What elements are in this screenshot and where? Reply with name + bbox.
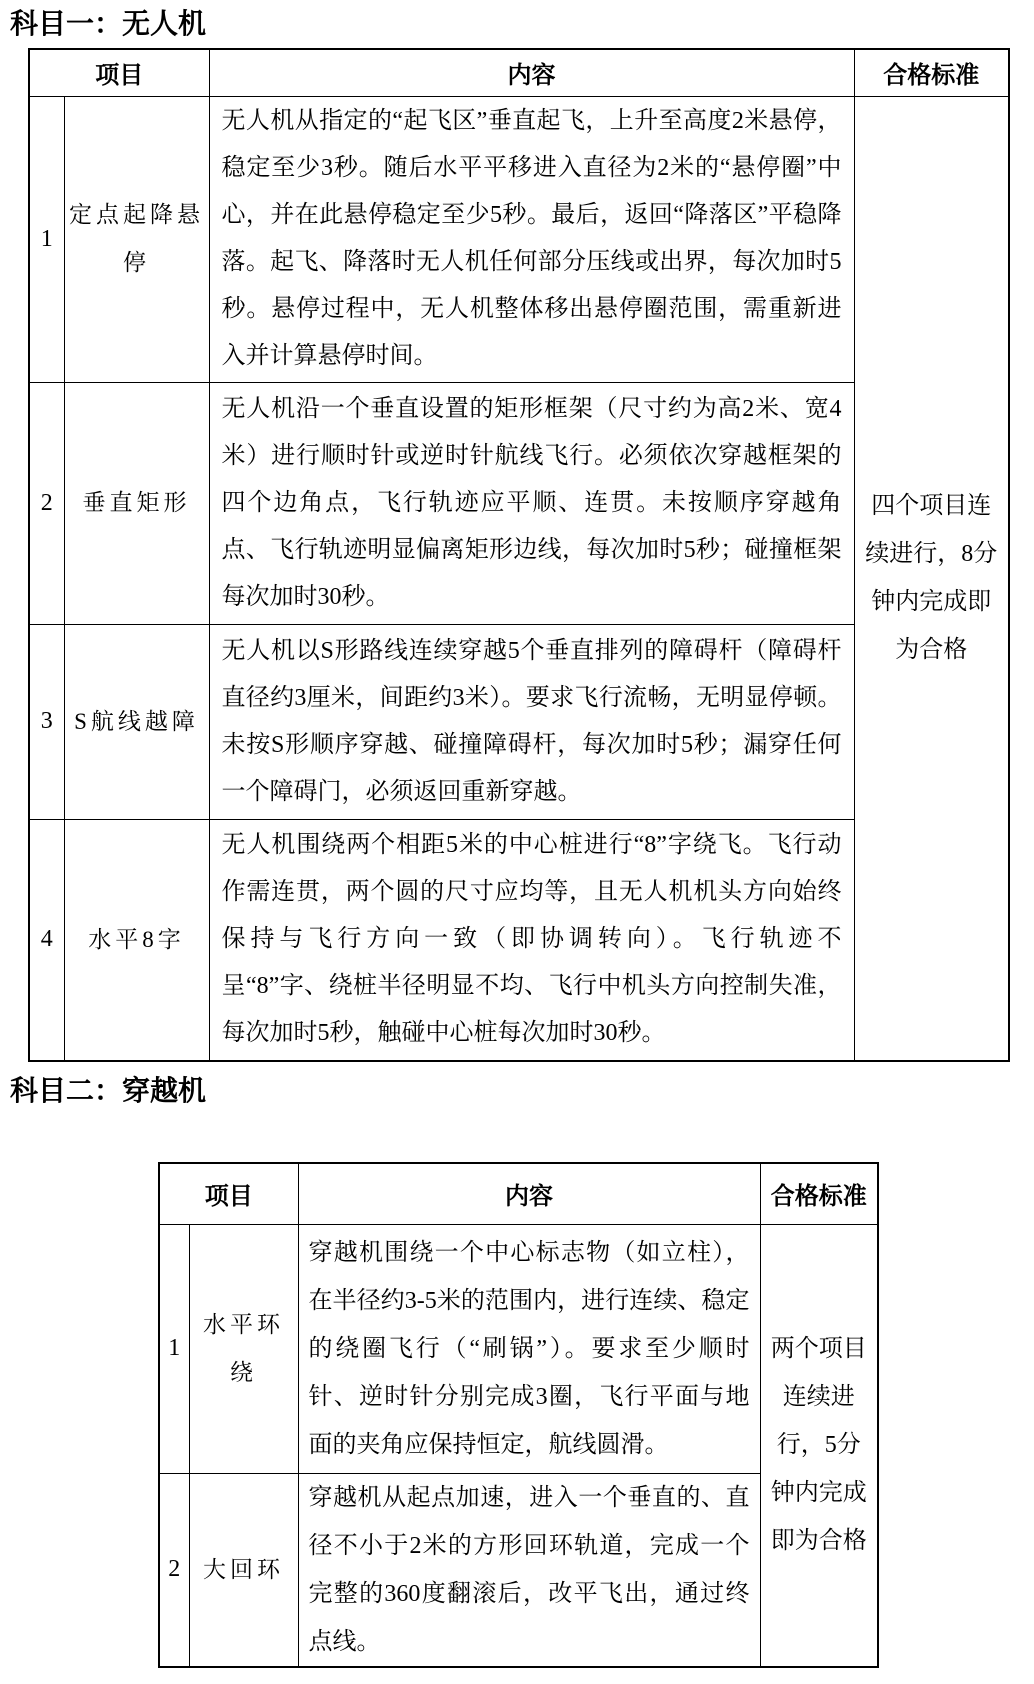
table1-header-project: 项目 <box>29 49 209 96</box>
table1-header-standard: 合格标准 <box>854 49 1009 96</box>
table2-row-2-number: 2 <box>159 1473 189 1667</box>
table1-row-3-number: 3 <box>29 624 64 819</box>
document-page: 科目一：无人机 项目 内容 合格标准 1 定点起降悬停 无人机从指定的“起飞区”… <box>0 0 1034 1668</box>
table2-header-content: 内容 <box>298 1163 760 1224</box>
table1-row-4-project: 水平8字 <box>64 819 209 1061</box>
table1-row-1: 1 定点起降悬停 无人机从指定的“起飞区”垂直起飞，上升至高度2米悬停，稳定至少… <box>29 96 1009 382</box>
section1-title: 科目一：无人机 <box>10 0 1034 40</box>
table1-standard-cell: 四个项目连 续进行，8分 钟内完成即 为合格 <box>854 96 1009 1061</box>
table1-header-row: 项目 内容 合格标准 <box>29 49 1009 96</box>
table2-header-project: 项目 <box>159 1163 298 1224</box>
table1-row-1-content: 无人机从指定的“起飞区”垂直起飞，上升至高度2米悬停，稳定至少3秒。随后水平平移… <box>209 96 854 382</box>
table1-row-1-number: 1 <box>29 96 64 382</box>
table2-row-1: 1 水平环绕 穿越机围绕一个中心标志物（如立柱），在半径约3-5米的范围内，进行… <box>159 1224 878 1473</box>
table1-row-2-project: 垂直矩形 <box>64 382 209 624</box>
table1-row-3-project: S航线越障 <box>64 624 209 819</box>
table1-row-4-content: 无人机围绕两个相距5米的中心桩进行“8”字绕飞。飞行动作需连贯，两个圆的尺寸应均… <box>209 819 854 1061</box>
table2-row-2-content: 穿越机从起点加速，进入一个垂直的、直径不小于2米的方形回环轨道，完成一个完整的3… <box>298 1473 760 1667</box>
table1-row-1-project: 定点起降悬停 <box>64 96 209 382</box>
table2-standard-cell: 两个项目 连续进 行，5分 钟内完成 即为合格 <box>760 1224 878 1667</box>
table2-header-standard: 合格标准 <box>760 1163 878 1224</box>
section1-table: 项目 内容 合格标准 1 定点起降悬停 无人机从指定的“起飞区”垂直起飞，上升至… <box>28 48 1010 1062</box>
table2-header-row: 项目 内容 合格标准 <box>159 1163 878 1224</box>
section2-table: 项目 内容 合格标准 1 水平环绕 穿越机围绕一个中心标志物（如立柱），在半径约… <box>158 1162 879 1668</box>
table1-row-4-number: 4 <box>29 819 64 1061</box>
table2-row-1-project: 水平环绕 <box>189 1224 298 1473</box>
table2-row-2-project: 大回环 <box>189 1473 298 1667</box>
table1-row-2-number: 2 <box>29 382 64 624</box>
table2-row-1-content: 穿越机围绕一个中心标志物（如立柱），在半径约3-5米的范围内，进行连续、稳定的绕… <box>298 1224 760 1473</box>
table1-row-3-content: 无人机以S形路线连续穿越5个垂直排列的障碍杆（障碍杆直径约3厘米，间距约3米）。… <box>209 624 854 819</box>
table2-row-1-number: 1 <box>159 1224 189 1473</box>
table1-row-2-content: 无人机沿一个垂直设置的矩形框架（尺寸约为高2米、宽4米）进行顺时针或逆时针航线飞… <box>209 382 854 624</box>
section2-title: 科目二：穿越机 <box>10 1076 1034 1106</box>
table1-header-content: 内容 <box>209 49 854 96</box>
